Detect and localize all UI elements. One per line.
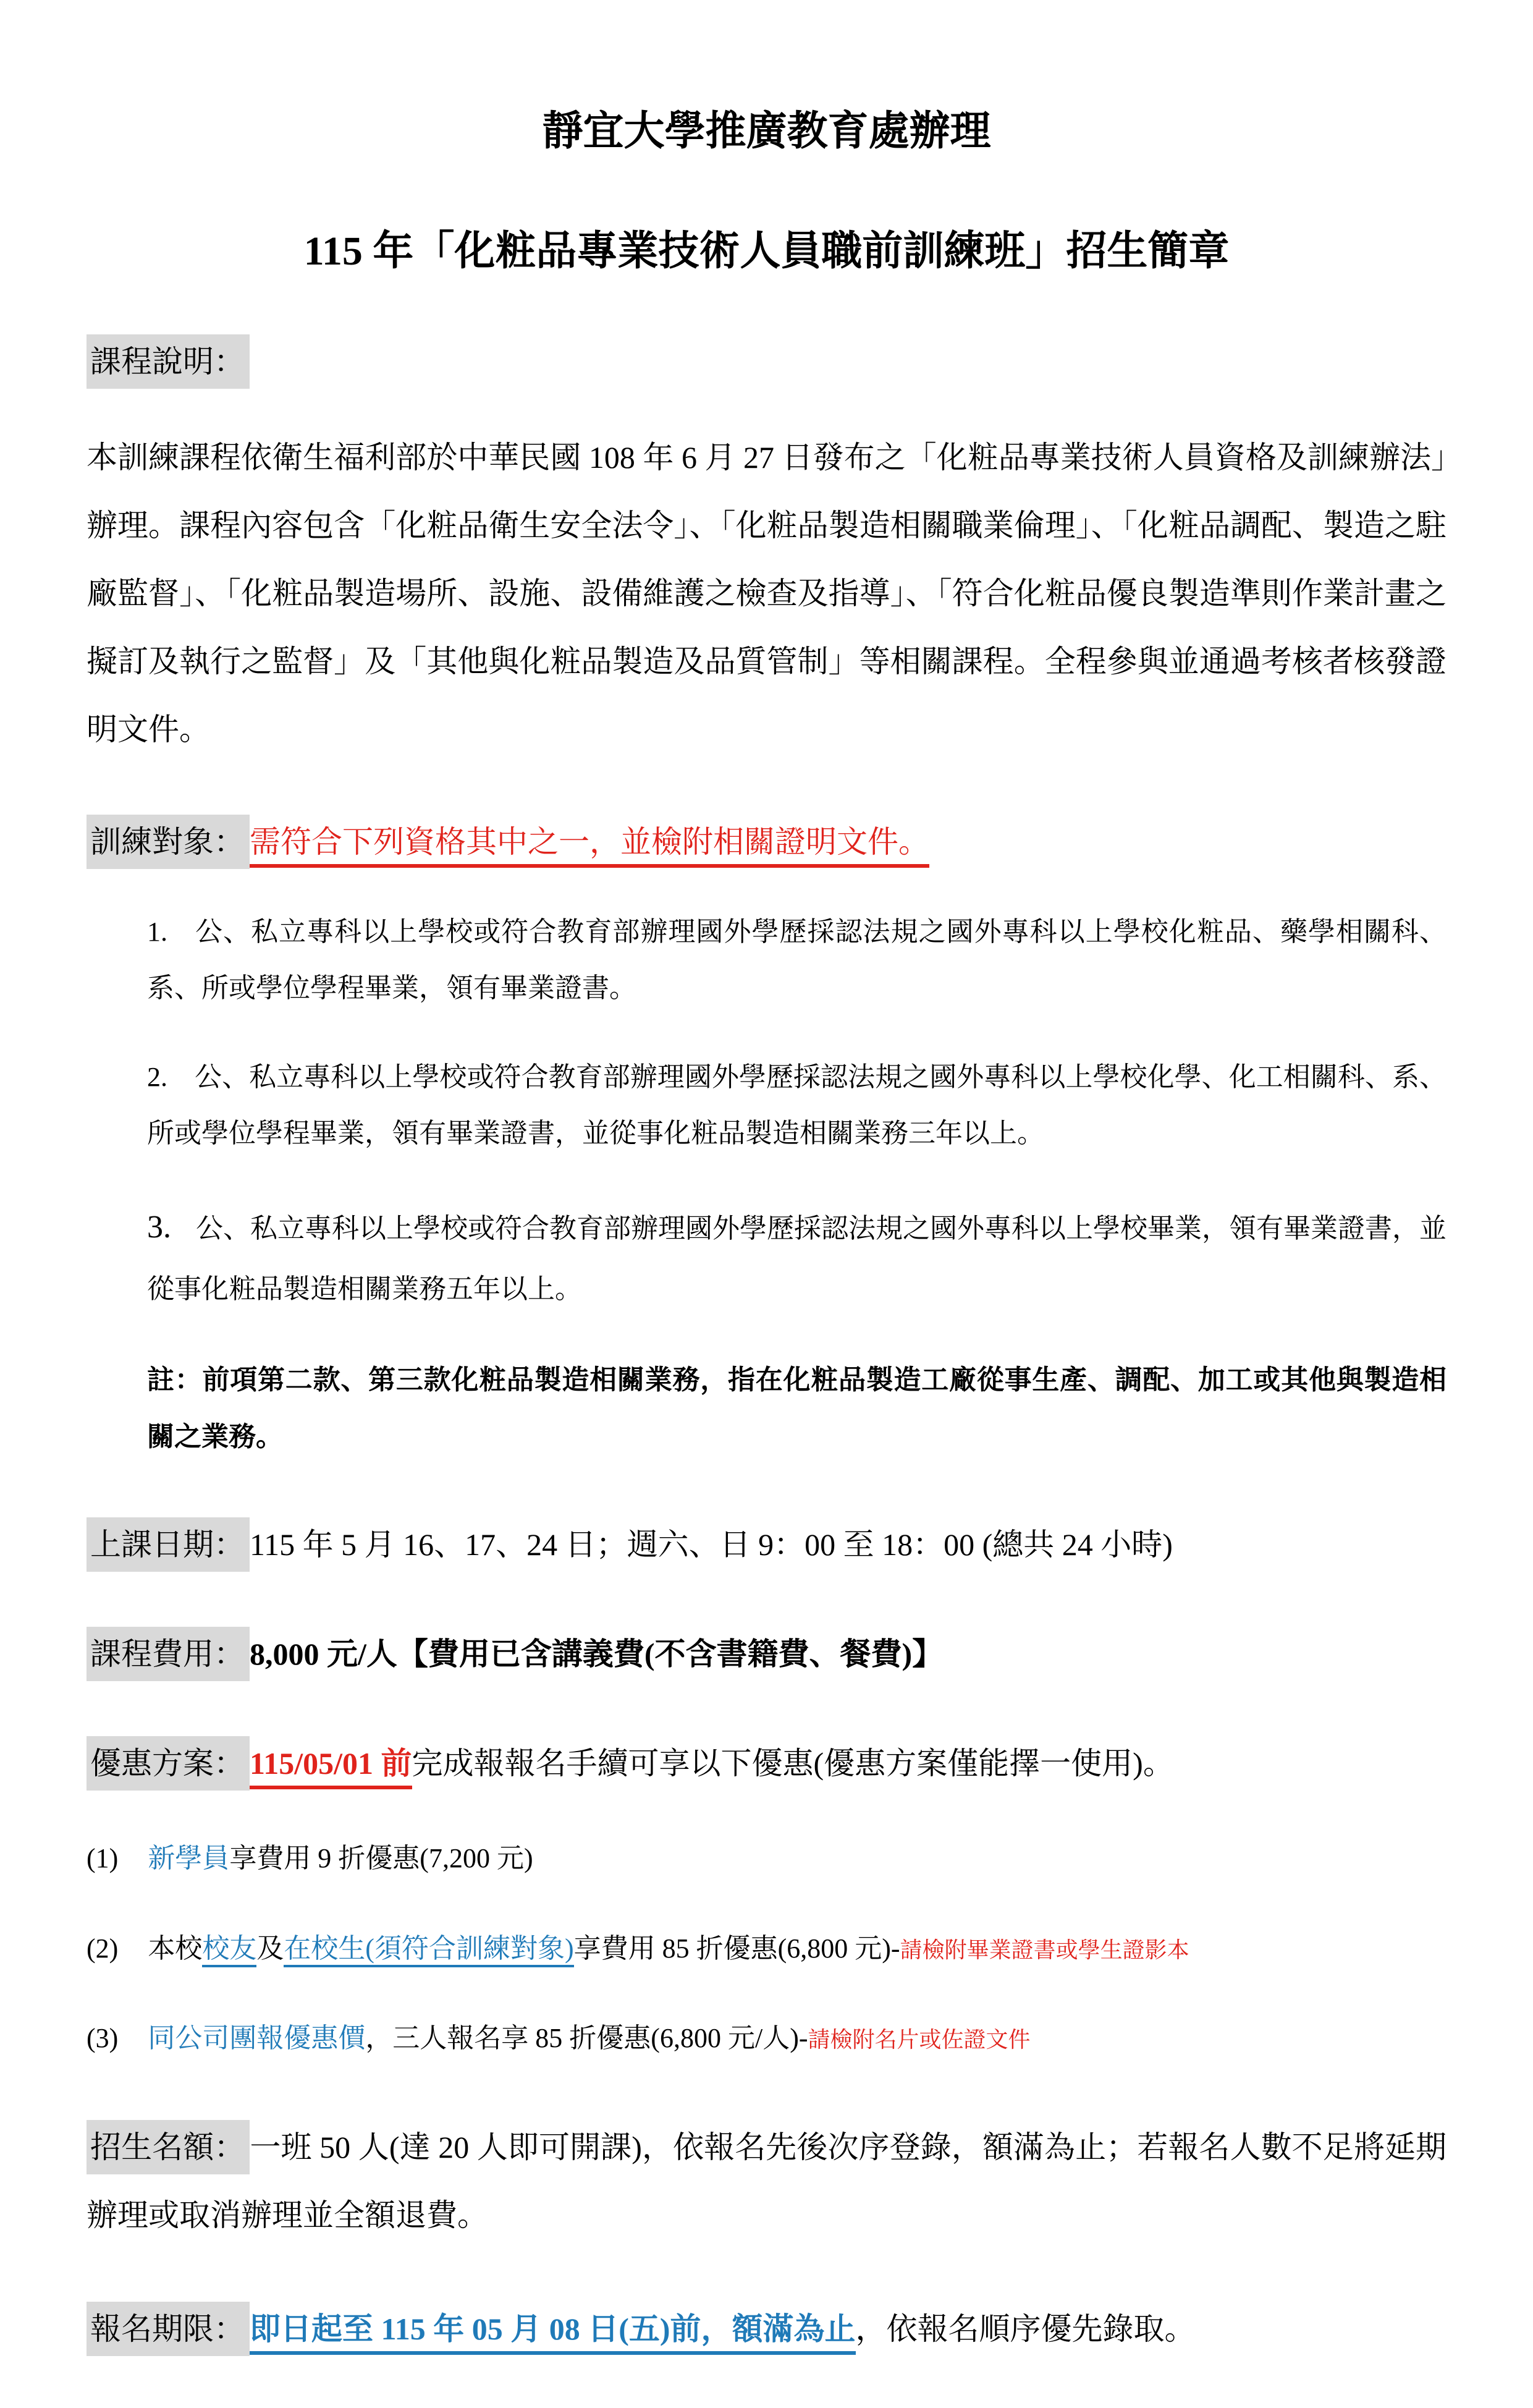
course-fee-label: 課程費用： — [87, 1627, 250, 1681]
discount-item-pre: 本校 — [148, 1933, 202, 1964]
list-item-text: 公、私立專科以上學校或符合教育部辦理國外學歷採認法規之國外專科以上學校化粧品、藥… — [147, 917, 1446, 1004]
discount-item-text: ，三人報名享 85 折優惠(6,800 元/人)- — [365, 2023, 808, 2053]
training-target-list: 1.公、私立專科以上學校或符合教育部辦理國外學歷採認法規之國外專科以上學校化粧品… — [87, 904, 1446, 1318]
discount-item-text: 享費用 85 折優惠(6,800 元)- — [574, 1933, 900, 1964]
course-description-section: 課程說明： — [87, 337, 1446, 386]
training-target-section: 訓練對象：需符合下列資格其中之一，並檢附相關證明文件。 — [87, 813, 1446, 871]
course-fee-line: 課程費用：8,000 元/人【費用已含講義費(不含書籍費、餐費)】 — [87, 1625, 1446, 1684]
enrollment-value: 一班 50 人(達 20 人即可開課)，依報名先後次序登錄，額滿為止；若報名人數… — [87, 2130, 1446, 2232]
registration-deadline-highlight: 即日起至 115 年 05 月 08 日(五)前，額滿為止 — [250, 2312, 856, 2355]
page-subtitle: 115 年「化粧品專業技術人員職前訓練班」招生簡章 — [87, 225, 1446, 278]
list-item-number: 1. — [147, 917, 167, 947]
discount-plan-label: 優惠方案： — [87, 1736, 250, 1791]
list-item-number: 2. — [147, 1062, 167, 1092]
current-student-link[interactable]: 在校生(須符合訓練對象) — [284, 1933, 573, 1967]
document-page: 靜宜大學推廣教育處辦理 115 年「化粧品專業技術人員職前訓練班」招生簡章 課程… — [0, 0, 1533, 2408]
list-item-text: 公、私立專科以上學校或符合教育部辦理國外學歷採認法規之國外專科以上學校化學、化工… — [147, 1062, 1446, 1149]
list-item-text: 公、私立專科以上學校或符合教育部辦理國外學歷採認法規之國外專科以上學校畢業，領有… — [147, 1213, 1446, 1304]
discount-item-3: (3)同公司團報優惠價，三人報名享 85 折優惠(6,800 元/人)-請檢附名… — [87, 2014, 1446, 2062]
discount-item-note: 請檢附名片或佐證文件 — [808, 2027, 1031, 2052]
discount-group-price: 同公司團報優惠價 — [148, 2023, 365, 2053]
list-item: 1.公、私立專科以上學校或符合教育部辦理國外學歷採認法規之國外專科以上學校化粧品… — [87, 904, 1446, 1017]
discount-item-text: 享費用 9 折優惠(7,200 元) — [229, 1843, 533, 1873]
discount-item-mid: 及 — [256, 1933, 284, 1964]
discount-description: 完成報報名手續可享以下優惠(優惠方案僅能擇一使用)。 — [412, 1746, 1174, 1781]
training-target-label: 訓練對象： — [87, 815, 250, 869]
list-item-number: 3. — [147, 1210, 171, 1245]
training-target-note: 註：前項第二款、第三款化粧品製造相關業務，指在化粧品製造工廠從事生產、調配、加工… — [87, 1352, 1446, 1465]
class-date-label: 上課日期： — [87, 1517, 250, 1572]
discount-item-note: 請檢附畢業證書或學生證影本 — [900, 1938, 1189, 1962]
course-description-label: 課程說明： — [87, 334, 250, 389]
course-fee-value: 8,000 元/人【費用已含講義費(不含書籍費、餐費)】 — [250, 1637, 943, 1671]
discount-item-1: (1)新學員享費用 9 折優惠(7,200 元) — [87, 1834, 1446, 1883]
discount-new-student: 新學員 — [148, 1843, 229, 1873]
registration-deadline-label: 報名期限： — [87, 2302, 250, 2356]
discount-plan-line: 優惠方案：115/05/01 前完成報報名手續可享以下優惠(優惠方案僅能擇一使用… — [87, 1734, 1446, 1793]
discount-item-number: (3) — [87, 2023, 118, 2053]
class-date-line: 上課日期：115 年 5 月 16、17、24 日；週六、日 9：00 至 18… — [87, 1516, 1446, 1574]
registration-deadline-line: 報名期限：即日起至 115 年 05 月 08 日(五)前，額滿為止，依報名順序… — [87, 2300, 1446, 2359]
class-date-value: 115 年 5 月 16、17、24 日；週六、日 9：00 至 18：00 (… — [250, 1527, 1173, 1562]
enrollment-label: 招生名額： — [87, 2120, 250, 2174]
list-item: 2.公、私立專科以上學校或符合教育部辦理國外學歷採認法規之國外專科以上學校化學、… — [87, 1049, 1446, 1162]
enrollment-paragraph: 招生名額：一班 50 人(達 20 人即可開課)，依報名先後次序登錄，額滿為止；… — [87, 2113, 1446, 2249]
page-title: 靜宜大學推廣教育處辦理 — [87, 105, 1446, 158]
course-description-paragraph: 本訓練課程依衛生福利部於中華民國 108 年 6 月 27 日發布之「化粧品專業… — [87, 423, 1446, 763]
discount-item-number: (2) — [87, 1933, 118, 1964]
alumni-link[interactable]: 校友 — [202, 1933, 256, 1967]
discount-item-2: (2)本校校友及在校生(須符合訓練對象)享費用 85 折優惠(6,800 元)-… — [87, 1924, 1446, 1973]
discount-item-number: (1) — [87, 1843, 118, 1873]
training-target-requirement: 需符合下列資格其中之一，並檢附相關證明文件。 — [250, 825, 929, 868]
registration-deadline-rest: ，依報名順序優先錄取。 — [856, 2312, 1196, 2346]
list-item: 3.公、私立專科以上學校或符合教育部辦理國外學歷採認法規之國外專科以上學校畢業，… — [87, 1194, 1446, 1318]
discount-deadline: 115/05/01 前 — [250, 1746, 412, 1789]
